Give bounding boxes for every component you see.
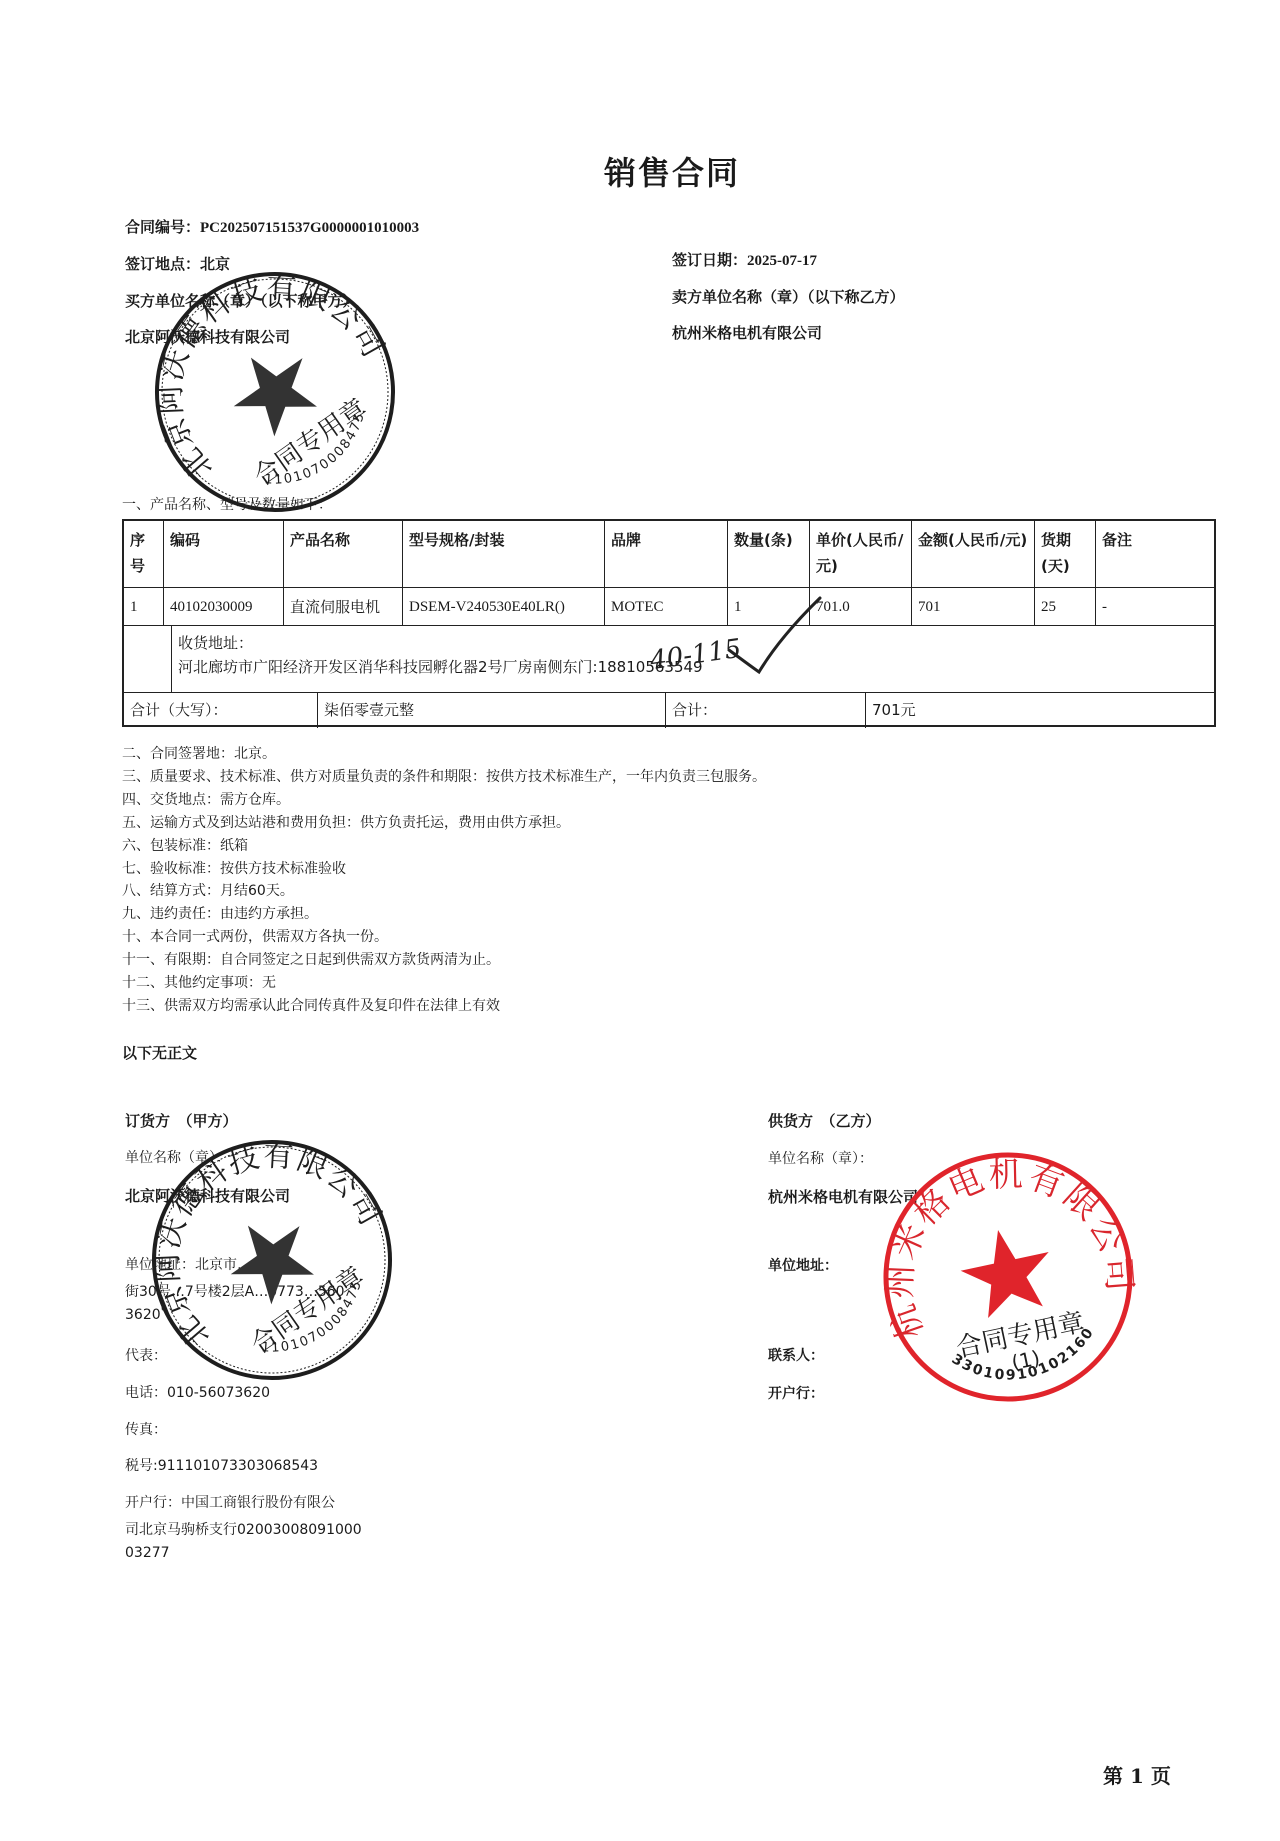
- sign-date-value: 2025-07-17: [747, 253, 817, 269]
- cell-lead-time: 25: [1035, 588, 1095, 625]
- page-title: 销售合同: [604, 148, 740, 194]
- clause-item: 十二、其他约定事项：无: [122, 972, 766, 995]
- clause-item: 八、结算方式：月结60天。: [122, 880, 766, 903]
- header-unit-price: 单价(人民币/元): [810, 521, 911, 587]
- party-a-bank-line3: 03277: [125, 1545, 170, 1561]
- sign-date: 签订日期：2025-07-17: [672, 249, 817, 270]
- header-product: 产品名称: [284, 521, 402, 587]
- party-a-bank-line1: 开户行：中国工商银行股份有限公: [125, 1492, 335, 1512]
- svg-text:杭州米格电机有限公司: 杭州米格电机有限公司: [878, 1147, 1138, 1346]
- clause-item: 五、运输方式及到达站港和费用负担：供方负责托运，费用由供方承担。: [122, 812, 766, 835]
- clause-item: 九、违约责任：由违约方承担。: [122, 903, 766, 926]
- seller-name: 杭州米格电机有限公司: [672, 322, 822, 343]
- seller-label: 卖方单位名称（章）（以下称乙方）: [672, 286, 905, 307]
- header-lead-time: 货期(天): [1035, 521, 1095, 587]
- header-remark: 备注: [1096, 521, 1214, 587]
- clauses-list: 二、合同签署地：北京。 三、质量要求、技术标准、供方对质量负责的条件和期限：按供…: [122, 743, 766, 1018]
- header-model: 型号规格/封装: [403, 521, 604, 587]
- star-icon: [954, 1221, 1059, 1322]
- seller-stamp-company: 杭州米格电机有限公司: [878, 1147, 1138, 1346]
- cell-seq: 1: [124, 588, 164, 625]
- cell-code: 40102030009: [164, 588, 283, 625]
- header-qty: 数量(条): [728, 521, 809, 587]
- cell-remark: -: [1096, 588, 1214, 625]
- cell-model: DSEM-V240530E40LR(): [403, 588, 604, 625]
- clause-item: 四、交货地点：需方仓库。: [122, 789, 766, 812]
- total-label: 合计：: [666, 693, 865, 728]
- total-value: 701元: [866, 693, 1212, 728]
- party-a-bank-line2: 司北京马驹桥支行02003008091000: [125, 1519, 362, 1539]
- cell-amount: 701: [912, 588, 1034, 625]
- party-b-address-label: 单位地址：: [768, 1255, 838, 1275]
- contract-number-label: 合同编号：: [125, 218, 200, 236]
- end-note: 以下无正文: [122, 1042, 197, 1063]
- cell-brand: MOTEC: [605, 588, 727, 625]
- total-upper-value: 柒佰零壹元整: [318, 693, 665, 728]
- contract-number: 合同编号：PC20250715153​7G0000001010003: [125, 216, 419, 237]
- clause-item: 二、合同签署地：北京。: [122, 743, 766, 766]
- party-a-heading: 订货方 （甲方）: [125, 1110, 238, 1131]
- clause-item: 三、质量要求、技术标准、供方对质量负责的条件和期限：按供方技术标准生产，一年内负…: [122, 766, 766, 789]
- product-table: 序号 编码 产品名称 型号规格/封装 品牌 数量(条) 单价(人民币/元) 金额…: [122, 519, 1216, 727]
- header-seq: 序号: [124, 521, 164, 587]
- buyer-stamp-top: 北京阿沃德科技有限公司 合同专用章 1101070008475: [145, 262, 405, 522]
- cell-product: 直流伺服电机: [284, 588, 402, 625]
- party-a-fax: 传真：: [125, 1419, 167, 1439]
- clause-item: 十一、有限期：自合同签定之日起到供需双方款货两清为止。: [122, 949, 766, 972]
- seller-stamp: 杭州米格电机有限公司 合同专用章 (1) 33010910102160: [878, 1147, 1138, 1407]
- party-b-heading: 供货方 （乙方）: [768, 1110, 881, 1131]
- contract-number-value: PC20250715153​7G0000001010003: [200, 220, 419, 236]
- party-b-bank-label: 开户行：: [768, 1383, 824, 1403]
- buyer-stamp-bottom: 北京阿沃德科技有限公司 合同专用章 1101070008475: [142, 1130, 402, 1390]
- clause-item: 十、本合同一式两份，供需双方各执一份。: [122, 926, 766, 949]
- header-brand: 品牌: [605, 521, 727, 587]
- total-upper-label: 合计（大写）：: [124, 693, 317, 728]
- clause-item: 六、包装标准：纸箱: [122, 835, 766, 858]
- header-amount: 金额(人民币/元): [912, 521, 1034, 587]
- check-mark-icon: [725, 592, 835, 682]
- clause-item: 七、验收标准：按供方技术标准验收: [122, 858, 766, 881]
- page-number: 第 1 页: [1103, 1760, 1171, 1789]
- party-b-name-label: 单位名称（章）：: [768, 1148, 873, 1168]
- party-b-contact-label: 联系人：: [768, 1345, 824, 1365]
- clause-item: 十三、供需双方均需承认此合同传真件及复印件在法律上有效: [122, 995, 766, 1018]
- sign-date-label: 签订日期：: [672, 251, 747, 269]
- party-a-tax-no: 税号:911101073303068543: [125, 1455, 318, 1475]
- header-code: 编码: [164, 521, 283, 587]
